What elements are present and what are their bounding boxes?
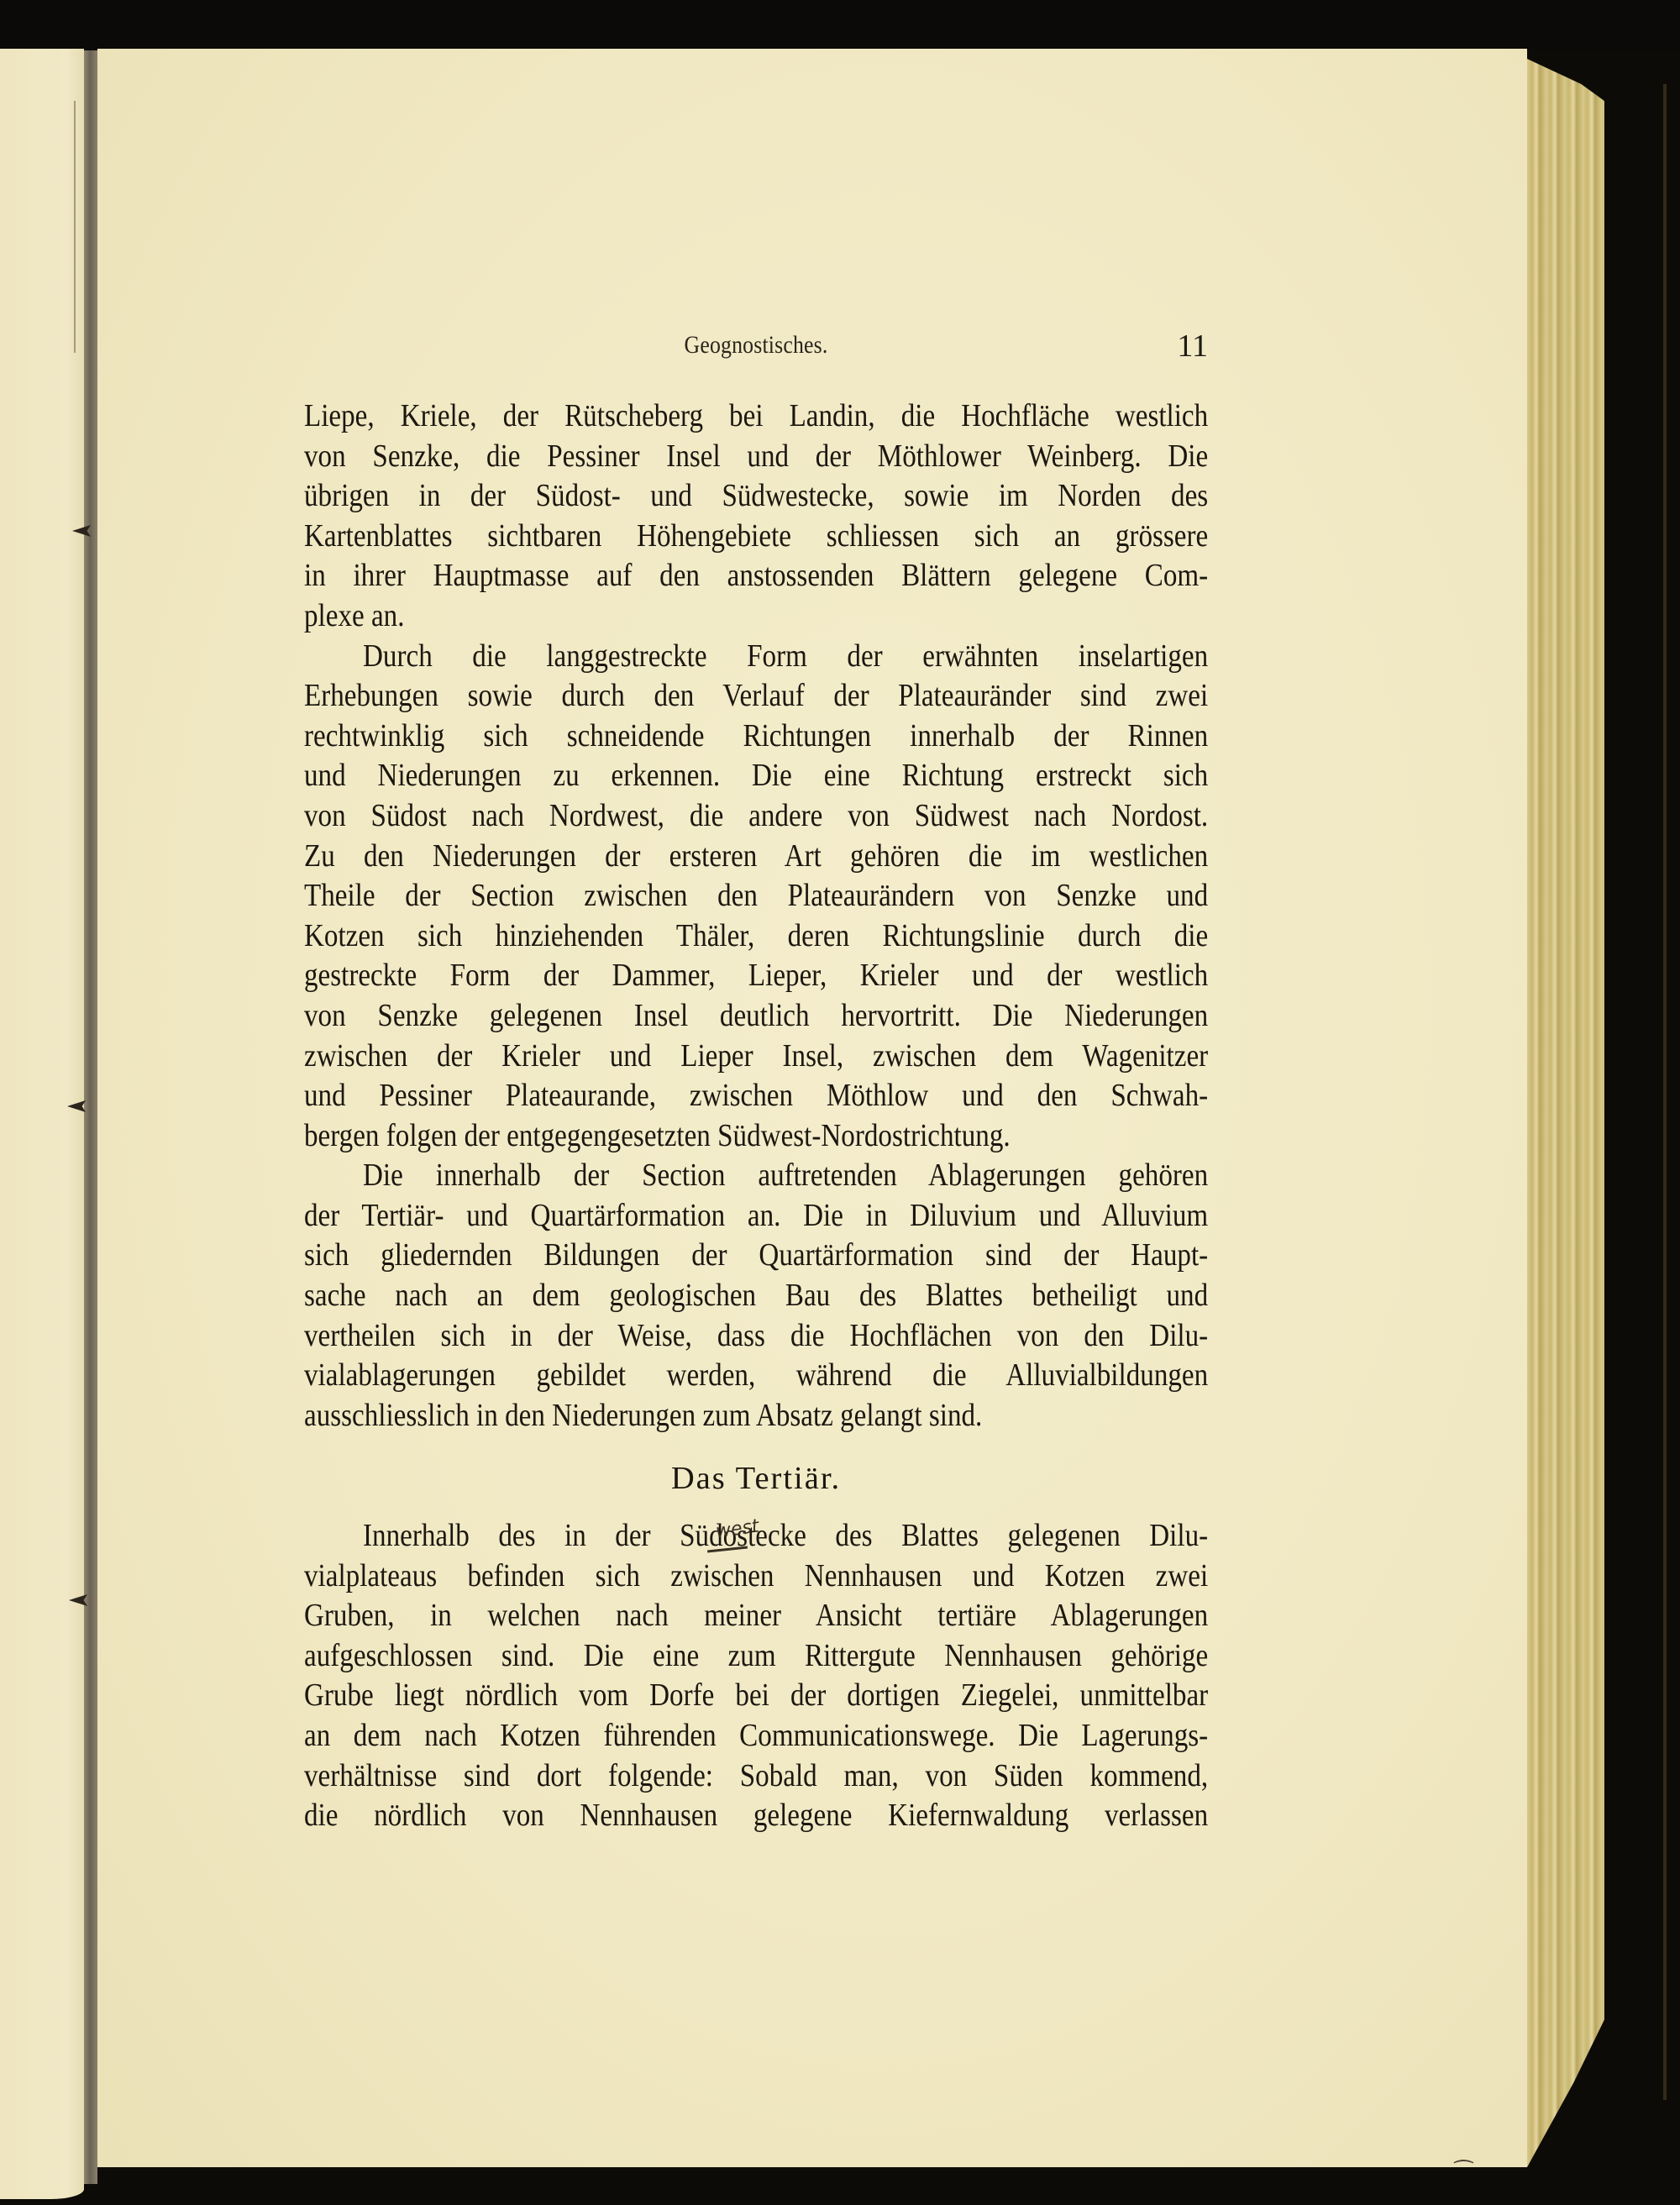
text-line: und Niederungen zu erkennen. Die eine Ri… [304, 756, 1208, 796]
text-line: verhältnisse sind dort folgende: Sobald … [304, 1756, 1208, 1797]
text-line: und Pessiner Plateaurande, zwischen Möth… [304, 1076, 1208, 1116]
text-line: Die innerhalb der Section auftretenden A… [304, 1156, 1208, 1196]
text-line: plexe an. [304, 596, 1208, 637]
text-line: in ihrer Hauptmasse auf den anstossenden… [304, 556, 1208, 596]
text-line: Gruben, in welchen nach meiner Ansicht t… [304, 1596, 1208, 1636]
text-line: vialplateaus befinden sich zwischen Nenn… [304, 1557, 1208, 1597]
text-line: übrigen in der Südost- und Südwestecke, … [304, 476, 1208, 517]
body-text: Liepe, Kriele, der Rütscheberg bei Landi… [304, 396, 1208, 1836]
text-line: Kartenblattes sichtbaren Höhengebiete sc… [304, 517, 1208, 557]
text-line: der Tertiär- und Quartärformation an. Di… [304, 1196, 1208, 1236]
section-heading: Das Tertiär. [304, 1459, 1208, 1499]
text-line: Kotzen sich hinziehenden Thäler, deren R… [304, 916, 1208, 957]
text-line: Erhebungen sowie durch den Verlauf der P… [304, 676, 1208, 717]
paragraph: Liepe, Kriele, der Rütscheberg bei Landi… [304, 396, 1208, 637]
text-line: von Südost nach Nordwest, die andere von… [304, 796, 1208, 837]
book-cover-edge [1663, 84, 1667, 2100]
text-line: Durch die langgestreckte Form der erwähn… [304, 637, 1208, 677]
text-line: Grube liegt nördlich vom Dorfe bei der d… [304, 1676, 1208, 1716]
text-line: Theile der Section zwischen den Plateaur… [304, 876, 1208, 916]
text-line: vertheilen sich in der Weise, dass die H… [304, 1316, 1208, 1357]
left-page-edge [0, 49, 84, 2199]
text-line: von Senzke, die Pessiner Insel und der M… [304, 437, 1208, 477]
text-line: an dem nach Kotzen führenden Communicati… [304, 1716, 1208, 1756]
text-line: vialablagerungen gebildet werden, währen… [304, 1356, 1208, 1396]
text-line: sache nach an dem geologischen Bau des B… [304, 1276, 1208, 1316]
text-line: von Senzke gelegenen Insel deutlich herv… [304, 996, 1208, 1037]
page-number: 11 [1177, 328, 1208, 365]
scan-background-top [0, 0, 1680, 50]
book-gutter [84, 50, 97, 2184]
text-line: bergen folgen der entgegengesetzten Südw… [304, 1116, 1208, 1157]
paper-crack [74, 101, 76, 353]
running-title: Geognostisches. [367, 331, 1144, 360]
text-line: Zu den Niederungen der ersteren Art gehö… [304, 837, 1208, 877]
text-line: die nördlich von Nennhausen gelegene Kie… [304, 1796, 1208, 1836]
text-line: zwischen der Krieler und Lieper Insel, z… [304, 1037, 1208, 1077]
text-line: ausschliesslich in den Niederungen zum A… [304, 1396, 1208, 1436]
text-line: Liepe, Kriele, der Rütscheberg bei Landi… [304, 396, 1208, 437]
paragraph: Die innerhalb der Section auftretenden A… [304, 1156, 1208, 1436]
running-header: Geognostisches. 11 [304, 329, 1208, 368]
text-line: gestreckte Form der Dammer, Lieper, Krie… [304, 956, 1208, 996]
text-line: rechtwinklig sich schneidende Richtungen… [304, 717, 1208, 757]
paragraph: Innerhalb des in der Südostecke des Blat… [304, 1516, 1208, 1836]
text-line: aufgeschlossen sind. Die eine zum Ritter… [304, 1636, 1208, 1677]
book-fore-edge [1527, 59, 1604, 2167]
pencil-mark: ⁀ [1455, 2160, 1473, 2186]
paragraph: Durch die langgestreckte Form der erwähn… [304, 637, 1208, 1157]
text-line: sich gliedernden Bildungen der Quartärfo… [304, 1236, 1208, 1276]
